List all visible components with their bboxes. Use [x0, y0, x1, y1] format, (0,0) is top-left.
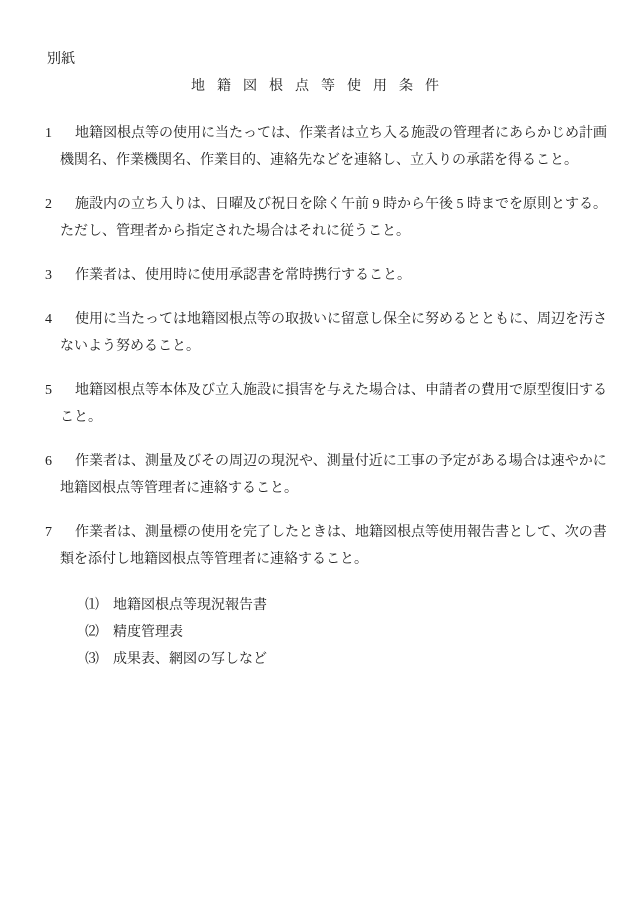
clause-text: 作業者は、測量及びその周辺の現況や、測量付近に工事の予定がある場合は速やかに — [75, 454, 607, 469]
clause-item-4: 4使用に当たっては地籍図根点等の取扱いに留意し保全に努めるとともに、周辺を汚さ … — [0, 306, 630, 360]
document-page: 別紙 地籍図根点等使用条件 1地籍図根点等の使用に当たっては、作業者は立ち入る施… — [0, 0, 630, 903]
clause-text: ないよう努めること。 — [60, 333, 630, 360]
report-document-item: ⑶成果表、網図の写しなど — [85, 646, 630, 673]
clause-text: 機関名、作業機関名、作業目的、連絡先などを連絡し、立入りの承諾を得ること。 — [60, 147, 630, 174]
clause-item-7: 7作業者は、測量標の使用を完了したときは、地籍図根点等使用報告書として、次の書 … — [0, 519, 630, 573]
clause-text: 作業者は、測量標の使用を完了したときは、地籍図根点等使用報告書として、次の書 — [75, 525, 607, 540]
report-document-text: 成果表、網図の写しなど — [113, 652, 267, 667]
report-document-number: ⑶ — [85, 646, 113, 673]
clause-number: 5 — [45, 377, 75, 404]
report-document-text: 地籍図根点等現況報告書 — [113, 598, 267, 613]
report-document-number: ⑵ — [85, 619, 113, 646]
clause-number: 1 — [45, 120, 75, 147]
clause-text: 施設内の立ち入りは、日曜及び祝日を除く午前 9 時から午後 5 時までを原則とす… — [75, 197, 607, 212]
clause-number: 4 — [45, 306, 75, 333]
clause-number: 2 — [45, 191, 75, 218]
attachment-label: 別紙 — [47, 46, 630, 73]
clause-item-5: 5地籍図根点等本体及び立入施設に損害を与えた場合は、申請者の費用で原型復旧する … — [0, 377, 630, 431]
report-document-item: ⑴地籍図根点等現況報告書 — [85, 592, 630, 619]
clause-text: こと。 — [60, 404, 630, 431]
document-title: 地籍図根点等使用条件 — [0, 73, 630, 100]
clause-text: 地籍図根点等管理者に連絡すること。 — [60, 475, 630, 502]
clause-text: 地籍図根点等の使用に当たっては、作業者は立ち入る施設の管理者にあらかじめ計画 — [75, 126, 607, 141]
clause-number: 3 — [45, 262, 75, 289]
clause-item-1: 1地籍図根点等の使用に当たっては、作業者は立ち入る施設の管理者にあらかじめ計画 … — [0, 120, 630, 174]
clause-item-6: 6作業者は、測量及びその周辺の現況や、測量付近に工事の予定がある場合は速やかに … — [0, 448, 630, 502]
report-document-list: ⑴地籍図根点等現況報告書 ⑵精度管理表 ⑶成果表、網図の写しなど — [85, 592, 630, 673]
clause-item-2: 2施設内の立ち入りは、日曜及び祝日を除く午前 9 時から午後 5 時までを原則と… — [0, 191, 630, 245]
clause-list: 1地籍図根点等の使用に当たっては、作業者は立ち入る施設の管理者にあらかじめ計画 … — [0, 120, 630, 573]
clause-text: 地籍図根点等本体及び立入施設に損害を与えた場合は、申請者の費用で原型復旧する — [75, 383, 607, 398]
report-document-text: 精度管理表 — [113, 625, 183, 640]
clause-text: 作業者は、使用時に使用承認書を常時携行すること。 — [75, 268, 411, 283]
report-document-number: ⑴ — [85, 592, 113, 619]
clause-item-3: 3作業者は、使用時に使用承認書を常時携行すること。 — [0, 262, 630, 289]
clause-text: ただし、管理者から指定された場合はそれに従うこと。 — [60, 218, 630, 245]
report-document-item: ⑵精度管理表 — [85, 619, 630, 646]
clause-text: 使用に当たっては地籍図根点等の取扱いに留意し保全に努めるとともに、周辺を汚さ — [75, 312, 607, 327]
clause-text: 類を添付し地籍図根点等管理者に連絡すること。 — [60, 546, 630, 573]
clause-number: 7 — [45, 519, 75, 546]
clause-number: 6 — [45, 448, 75, 475]
